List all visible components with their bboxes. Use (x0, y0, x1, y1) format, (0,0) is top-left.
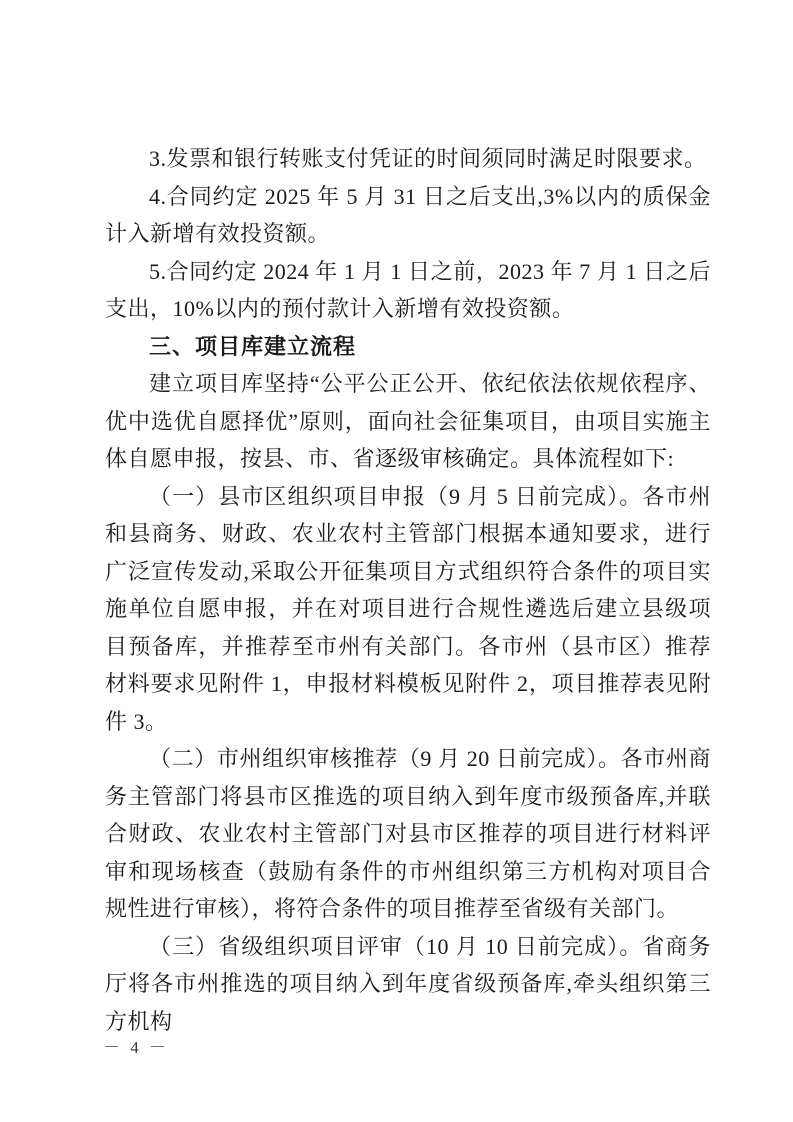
document-page: 3.发票和银行转账支付凭证的时间须同时满足时限要求。 4.合同约定 2025 年… (0, 0, 793, 1122)
clause-item-4: 4.合同约定 2025 年 5 月 31 日之后支出,3%以内的质保金计入新增有… (105, 178, 711, 253)
procedure-step-2: （二）市州组织审核推荐（9 月 20 日前完成）。各市州商务主管部门将县市区推选… (105, 740, 711, 928)
clause-item-3: 3.发票和银行转账支付凭证的时间须同时满足时限要求。 (105, 140, 711, 178)
section-intro-paragraph: 建立项目库坚持“公平公正公开、依纪依法依规依程序、优中选优自愿择优”原则，面向社… (105, 365, 711, 478)
procedure-step-3: （三）省级组织项目评审（10 月 10 日前完成）。省商务厅将各市州推选的项目纳… (105, 928, 711, 1041)
section-heading: 三、项目库建立流程 (105, 328, 711, 366)
clause-item-5: 5.合同约定 2024 年 1 月 1 日之前，2023 年 7 月 1 日之后… (105, 253, 711, 328)
document-body: 3.发票和银行转账支付凭证的时间须同时满足时限要求。 4.合同约定 2025 年… (105, 140, 711, 1040)
procedure-step-1: （一）县市区组织项目申报（9 月 5 日前完成）。各市州和县商务、财政、农业农村… (105, 478, 711, 741)
page-number: － 4 － (103, 1036, 169, 1060)
